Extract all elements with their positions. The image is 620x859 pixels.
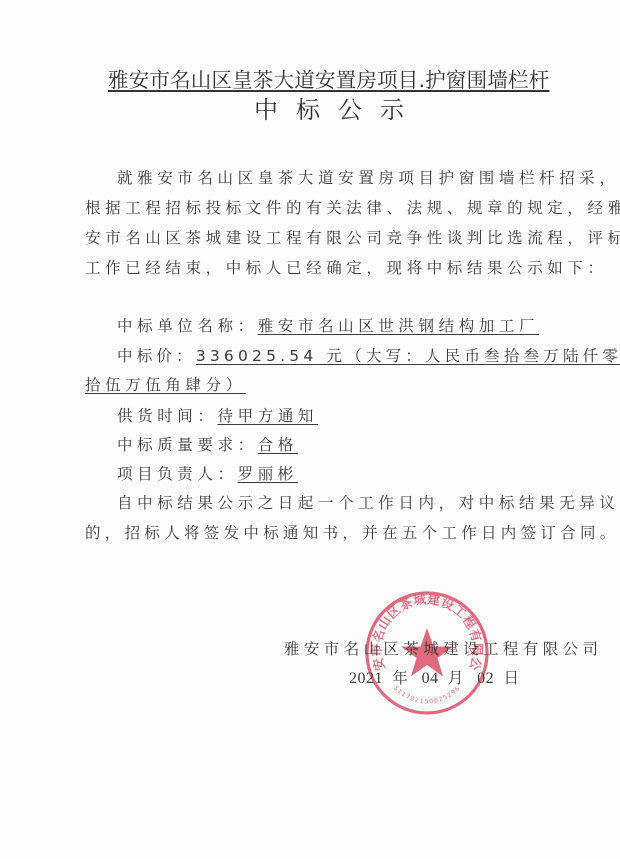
manager-value: 罗丽彬 xyxy=(238,465,298,483)
winner-label: 中标单位名称： xyxy=(117,317,258,335)
price-row-continued: 拾伍万伍角肆分） xyxy=(85,375,246,395)
delivery-label: 供货时间： xyxy=(117,407,218,425)
intro-line-4: 工作已经结束，中标人已经确定，现将中标结果公示如下： xyxy=(85,258,608,278)
intro-line-2: 根据工程招标投标文件的有关法律、法规、规章的规定，经雅 xyxy=(85,198,620,218)
document-title: 雅安市名山区皇茶大道安置房项目.护窗围墙栏杆 xyxy=(108,68,544,92)
date-month: 04 xyxy=(422,670,439,687)
price-row: 中标价：336025.54 元（大写：人民币叁拾叁万陆仟零贰 xyxy=(117,346,620,366)
date-month-unit: 月 xyxy=(448,669,468,687)
closing-line-2: 的，招标人将签发中标通知书，并在五个工作日内签订合同。 xyxy=(85,523,620,543)
closing-line-1: 自中标结果公示之日起一个工作日内，对中标结果无异议 xyxy=(117,493,620,513)
intro-line-1: 就雅安市名山区皇茶大道安置房项目护窗围墙栏杆招采， xyxy=(117,168,620,188)
quality-row: 中标质量要求：合格 xyxy=(117,435,298,455)
price-value-line2: 拾伍万伍角肆分） xyxy=(85,376,246,394)
document-subtitle: 中标公示 xyxy=(254,96,422,124)
date-year-unit: 年 xyxy=(392,669,412,687)
delivery-row: 供货时间：待甲方通知 xyxy=(117,406,318,426)
winner-row: 中标单位名称：雅安市名山区世洪钢结构加工厂 xyxy=(117,316,539,336)
intro-line-3: 安市名山区茶城建设工程有限公司竞争性谈判比选流程，评标 xyxy=(85,228,620,248)
delivery-value: 待甲方通知 xyxy=(218,407,319,425)
date-year: 2021 xyxy=(349,670,383,687)
manager-row: 项目负责人：罗丽彬 xyxy=(117,464,298,484)
price-label: 中标价： xyxy=(117,347,196,365)
manager-label: 项目负责人： xyxy=(117,465,238,483)
date-day-unit: 日 xyxy=(503,669,523,687)
price-value-line1: 336025.54 元（大写：人民币叁拾叁万陆仟零贰 xyxy=(196,347,620,365)
quality-value: 合格 xyxy=(258,436,298,454)
date-day: 02 xyxy=(477,670,494,687)
document-page: 雅安市名山区皇茶大道安置房项目.护窗围墙栏杆 中标公示 就雅安市名山区皇茶大道安… xyxy=(0,0,620,859)
quality-label: 中标质量要求： xyxy=(117,436,258,454)
signature-date: 2021 年 04 月 02 日 xyxy=(349,668,523,689)
winner-value: 雅安市名山区世洪钢结构加工厂 xyxy=(258,317,539,335)
signature-company: 雅安市名山区茶城建设工程有限公司 xyxy=(284,639,602,659)
